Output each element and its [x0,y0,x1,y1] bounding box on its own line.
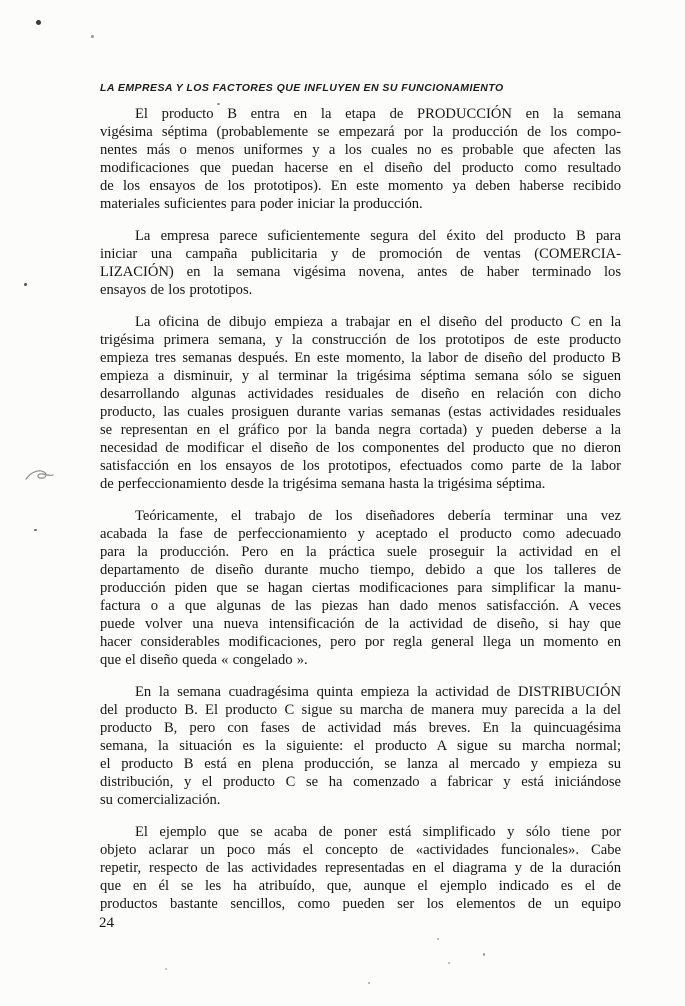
margin-pencil-mark [22,463,58,489]
paragraph-line: para la producción. Pero en la práctica … [100,543,621,561]
paragraph-line: La empresa parece suficientemente segura… [100,227,621,245]
paragraph-line: que el diseño queda « congelado ». [100,651,621,669]
paragraph-line: El producto B entra en la etapa de PRODU… [100,105,621,123]
page-number: 24 [99,915,114,932]
paragraph-line: El ejemplo que se acaba de poner está si… [100,823,621,841]
paragraph-line: trigésima primera semana, y la construcc… [100,331,621,349]
paragraph-line: acabada la fase de perfeccionamiento y a… [100,525,621,543]
paragraph-line: satisfacción en los ensayos de los proto… [100,457,621,475]
scan-speck [368,982,370,984]
paragraph-line: productos bastante sencillos, como puede… [100,895,621,913]
running-head: LA EMPRESA Y LOS FACTORES QUE INFLUYEN E… [100,82,620,94]
paragraph-line: ensayos de los prototipos. [100,281,621,299]
paragraph: El producto B entra en la etapa de PRODU… [100,105,621,213]
paragraph-line: iniciar una campaña publicitaria y de pr… [100,245,621,263]
paragraph: La empresa parece suficientemente segura… [100,227,621,299]
paragraph: El ejemplo que se acaba de poner está si… [100,823,621,913]
paragraph-line: modificaciones que puedan hacerse en el … [100,159,621,177]
paragraph-line: departamento de diseño durante mucho tie… [100,561,621,579]
scan-speck [483,953,485,956]
paragraph-line: el producto B está en plena producción, … [100,755,621,773]
paragraph-line: del producto B. El producto C sigue su m… [100,701,621,719]
paragraph-line: producto, las cuales prosiguen durante v… [100,403,621,421]
paragraph-line: factura o a que algunas de las piezas ha… [100,597,621,615]
paragraph-line: desarrollando algunas actividades residu… [100,385,621,403]
scan-speck [91,35,94,38]
paragraph-line: producto B, pero con fases de actividad … [100,719,621,737]
paragraph: En la semana cuadragésima quinta empieza… [100,683,621,809]
scan-speck [36,20,41,25]
paragraph-line: LIZACIÓN) en la semana vigésima novena, … [100,263,621,281]
paragraph-line: empieza a disminuir, y al terminar la tr… [100,367,621,385]
paragraph-line: de los ensayos de los prototipos). En es… [100,177,621,195]
paragraph-line: vigésima séptima (probablemente se empez… [100,123,621,141]
paragraph-line: distribución, y el producto C se ha come… [100,773,621,791]
paragraph-line: puede volver una nueva intensificación d… [100,615,621,633]
paragraph-line: repetir, respecto de las actividades rep… [100,859,621,877]
paragraph-line: de perfeccionamiento desde la trigésima … [100,475,621,493]
paragraph-line: su comercialización. [100,791,621,809]
scan-speck [437,938,439,940]
scan-speck [34,529,37,531]
paragraph-line: La oficina de dibujo empieza a trabajar … [100,313,621,331]
paragraph-line: empieza tres semanas después. En este mo… [100,349,621,367]
text-block: El producto B entra en la etapa de PRODU… [100,105,621,913]
paragraph-line: materiales suficientes para poder inicia… [100,195,621,213]
paragraph-line: semana, la situación es la siguiente: el… [100,737,621,755]
scan-speck [165,968,167,970]
paragraph-line: que en él se les ha atribuído, que, aunq… [100,877,621,895]
paragraph-line: hacer considerables modificaciones, pero… [100,633,621,651]
paragraph-line: necesidad de modificar el diseño de los … [100,439,621,457]
paragraph-line: objeto aclarar un poco más el concepto d… [100,841,621,859]
book-page: LA EMPRESA Y LOS FACTORES QUE INFLUYEN E… [0,0,685,1006]
paragraph-line: producción piden que se hagan ciertas mo… [100,579,621,597]
paragraph-line: Teóricamente, el trabajo de los diseñado… [100,507,621,525]
paragraph: Teóricamente, el trabajo de los diseñado… [100,507,621,669]
paragraph-line: nentes más o menos uniformes y a los cua… [100,141,621,159]
paragraph-line: se representan en el gráfico por la band… [100,421,621,439]
scan-speck [24,283,27,286]
scan-speck [217,103,220,105]
paragraph: La oficina de dibujo empieza a trabajar … [100,313,621,493]
scan-speck [448,962,450,964]
paragraph-line: En la semana cuadragésima quinta empieza… [100,683,621,701]
